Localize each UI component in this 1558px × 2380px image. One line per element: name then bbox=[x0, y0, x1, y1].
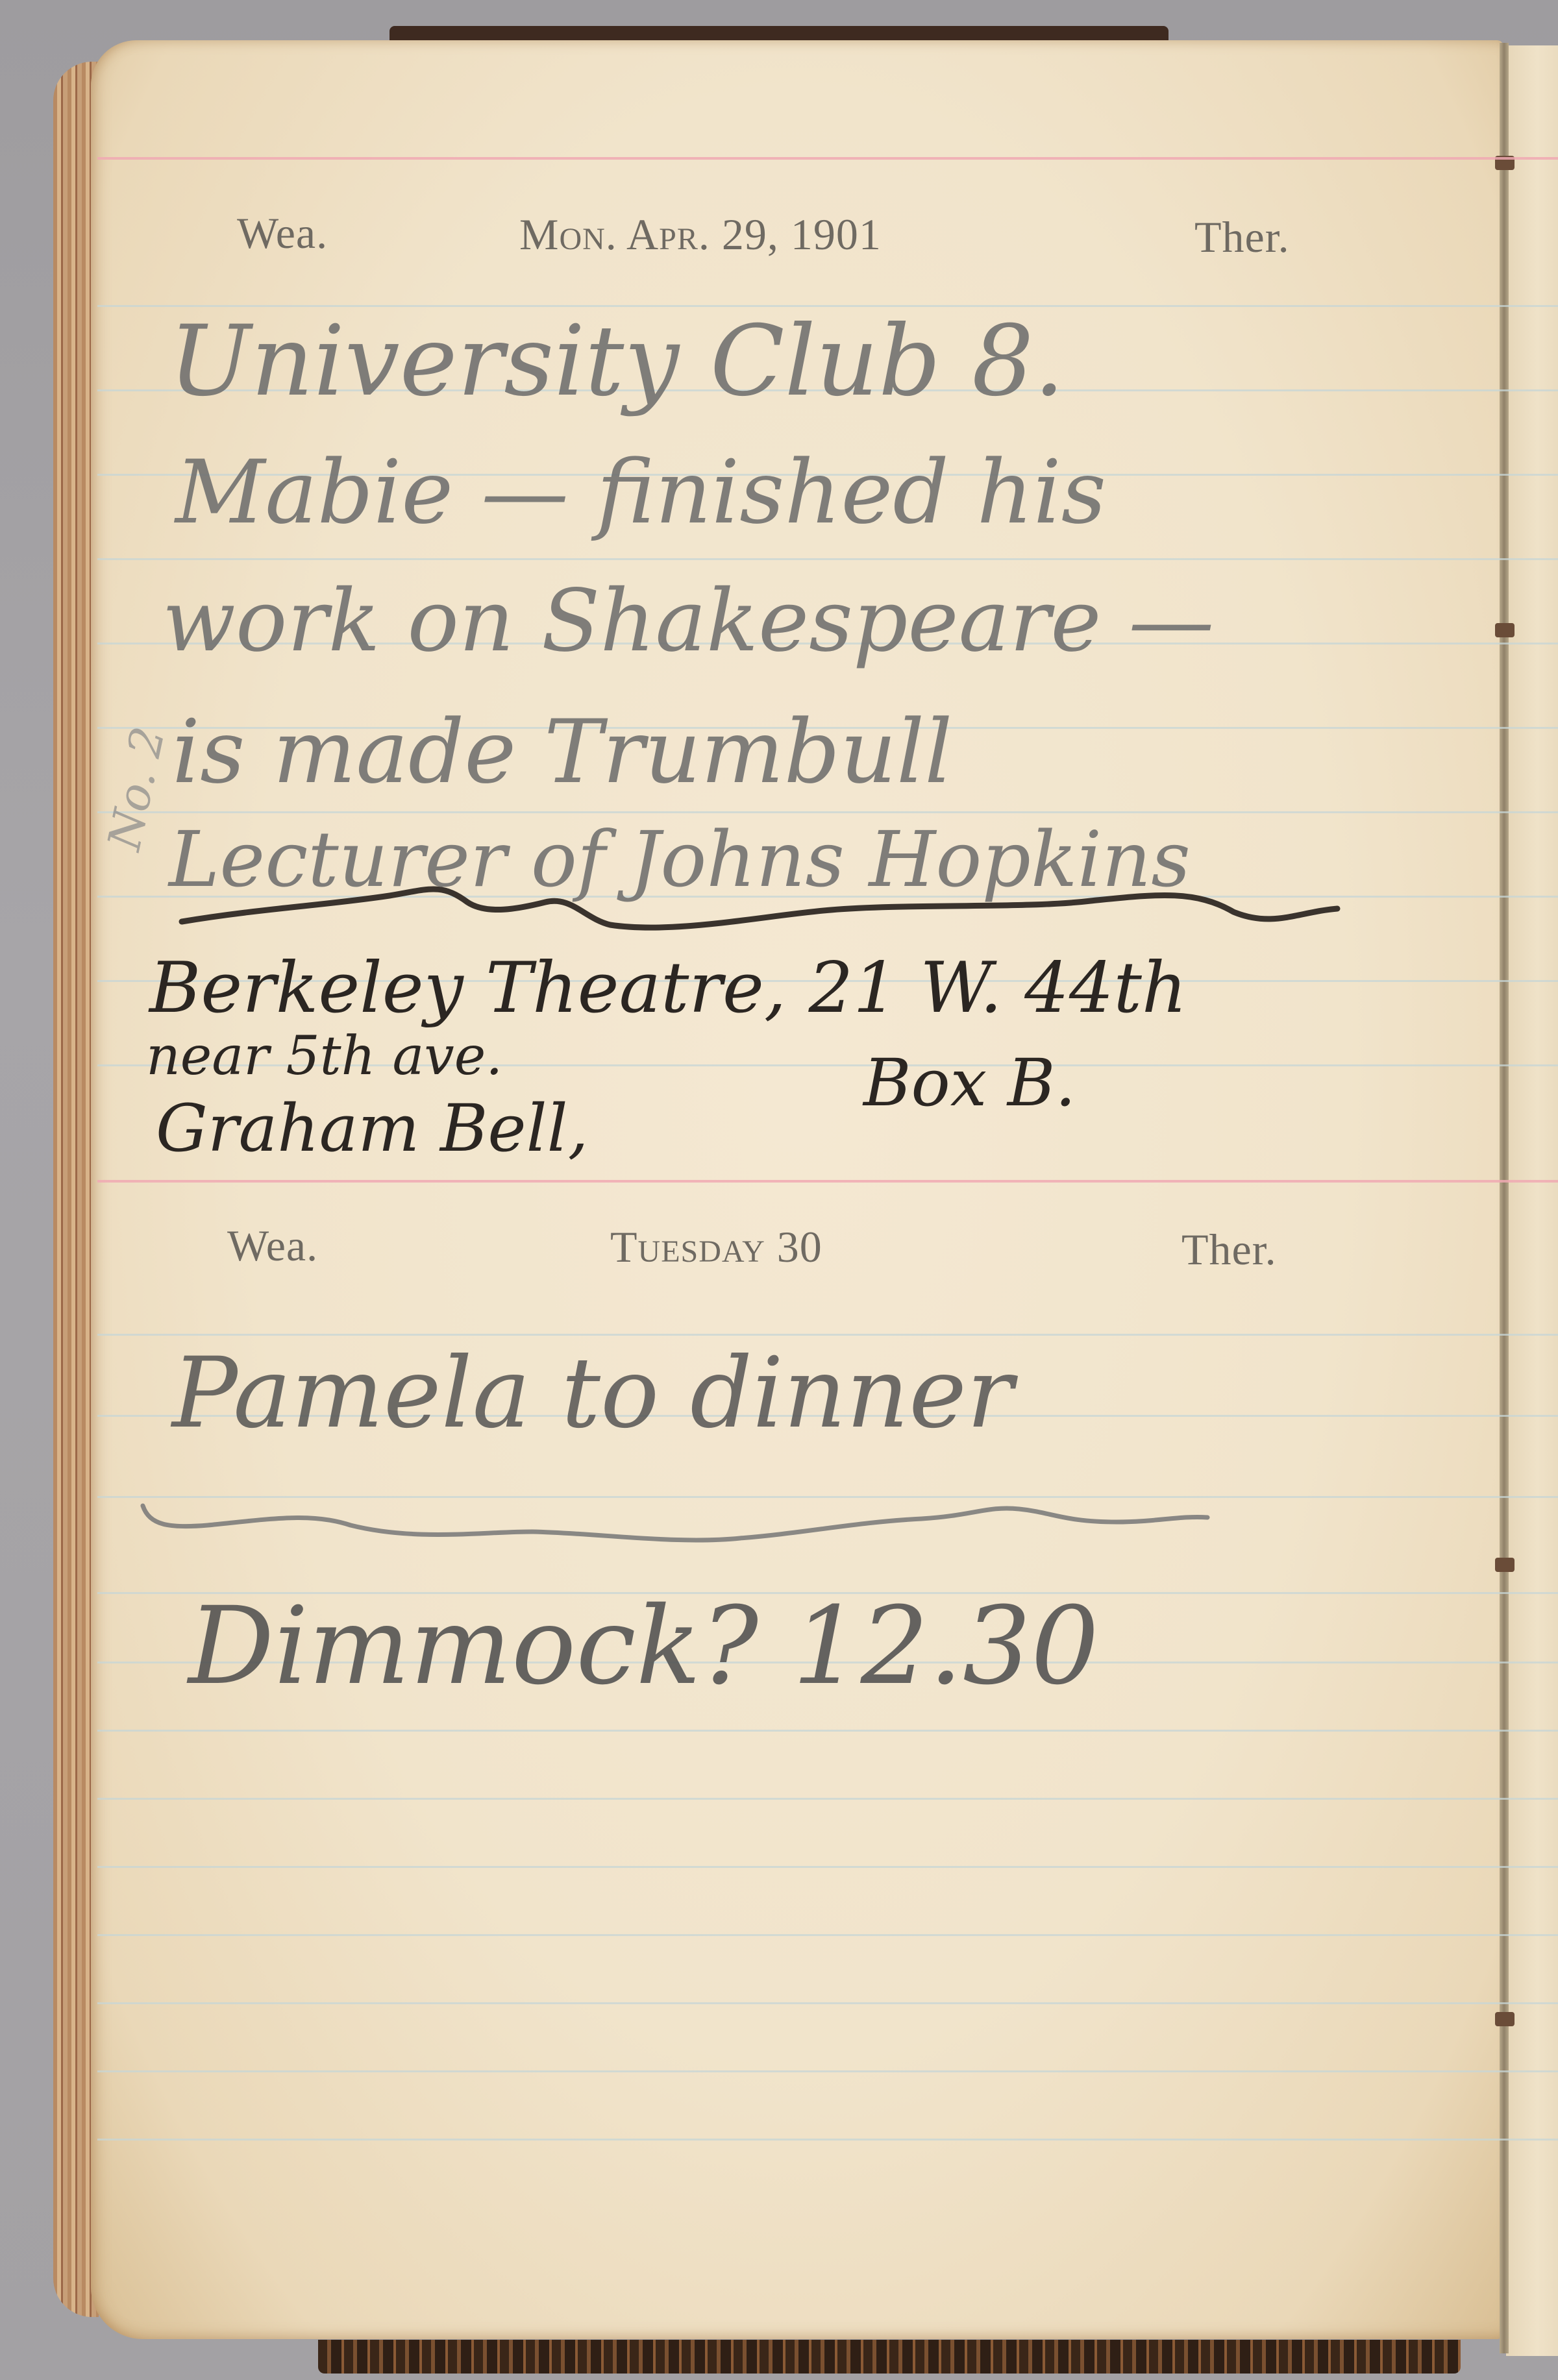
blue-rule bbox=[97, 811, 1558, 813]
pencil-line: University Club 8. bbox=[169, 305, 1065, 418]
pencil-line: work on Shakespeare — bbox=[162, 571, 1214, 671]
pink-rule-middle bbox=[97, 1180, 1558, 1183]
blue-rule bbox=[97, 2139, 1558, 2141]
thermometer-label: Ther. bbox=[1181, 1224, 1277, 1275]
pencil-line: Mabie — finished his bbox=[175, 441, 1106, 543]
weather-label: Wea. bbox=[237, 208, 328, 259]
blue-rule bbox=[97, 1334, 1558, 1336]
binding-stitch bbox=[1495, 1558, 1515, 1572]
blue-rule bbox=[97, 558, 1558, 560]
blue-rule bbox=[97, 2002, 1558, 2004]
blue-rule bbox=[97, 1866, 1558, 1868]
pencil-line: Dimmock? 12.30 bbox=[188, 1584, 1099, 1708]
ink-line: Box B. bbox=[863, 1045, 1076, 1121]
pencil-flourish bbox=[143, 1506, 1409, 1558]
blue-rule bbox=[97, 1496, 1558, 1498]
date-label: Mon. Apr. 29, 1901 bbox=[519, 209, 882, 260]
blue-rule bbox=[97, 2070, 1558, 2072]
entry-header-apr-30: Wea. Tuesday 30 Ther. bbox=[97, 1220, 1500, 1272]
facing-page bbox=[1506, 45, 1558, 2356]
blue-rule bbox=[97, 1798, 1558, 1800]
thermometer-label: Ther. bbox=[1194, 212, 1290, 263]
pink-rule-top bbox=[97, 157, 1558, 160]
book-spine-bottom bbox=[318, 2340, 1461, 2374]
binding-stitch bbox=[1495, 2012, 1515, 2026]
entry-header-apr-29: Wea. Mon. Apr. 29, 1901 Ther. bbox=[97, 208, 1500, 260]
weather-label: Wea. bbox=[227, 1220, 318, 1271]
date-label: Tuesday 30 bbox=[610, 1221, 822, 1273]
blue-rule bbox=[97, 1730, 1558, 1732]
ink-line: Graham Bell, bbox=[156, 1090, 588, 1166]
pencil-line: Pamela to dinner bbox=[172, 1337, 1013, 1450]
pencil-line: is made Trumbull bbox=[172, 701, 952, 803]
blue-rule bbox=[97, 1934, 1558, 1936]
ink-line: near 5th ave. bbox=[146, 1025, 502, 1087]
ink-line: Berkeley Theatre, 21 W. 44th bbox=[149, 948, 1187, 1029]
binding-stitch bbox=[1495, 623, 1515, 637]
